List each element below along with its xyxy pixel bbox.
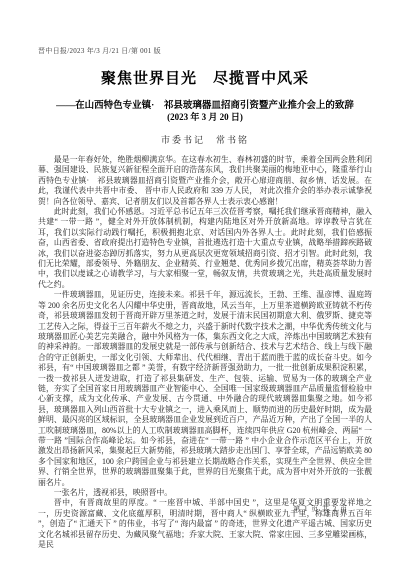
article-byline: 市委书记 常书铭 <box>38 133 372 146</box>
paragraph: 最是一年春好处，绝胜烟柳满京华。在这春水初生、春林初盛的时节，乘着全国两会胜利闭… <box>38 155 372 207</box>
paragraph: 一张名片，透视祁县，映照晋中。 <box>38 488 372 498</box>
article-subtitle: ——在山西特色专业镇· 祁县玻璃器皿招商引资暨产业推介会上的致辞 <box>38 100 372 112</box>
page-content: 晋中日报/2023 年/3 月/21 日/第 001 版 聚焦世界目光 尽揽晋中… <box>38 46 372 550</box>
article-body: 最是一年春好处，绝胜烟柳满京华。在这春水初生、春林初盛的时节，乘着全国两会胜利闭… <box>38 155 372 550</box>
masthead: 晋中日报/2023 年/3 月/21 日/第 001 版 <box>38 46 372 56</box>
paragraph: 此时此刻，我们心怀感恩。习近平总书记五年三次莅晋考察，嘱托我们继承晋商精神，融入… <box>38 207 372 290</box>
article-dateline: (2023 年 3 月 20 日) <box>38 112 372 123</box>
newspaper-page: 晋中日报/2023 年/3 月/21 日/第 001 版 聚焦世界目光 尽揽晋中… <box>0 0 410 580</box>
article-title: 聚焦世界目光 尽揽晋中风采 <box>38 67 372 88</box>
paragraph: 一件玻璃器皿，见证历史，连接未来。祁县千年，源远流长，王勃、王维、温彦博、温庭筠… <box>38 290 372 488</box>
page-number-footer: 第 1 页 共 2 页 <box>293 504 348 514</box>
